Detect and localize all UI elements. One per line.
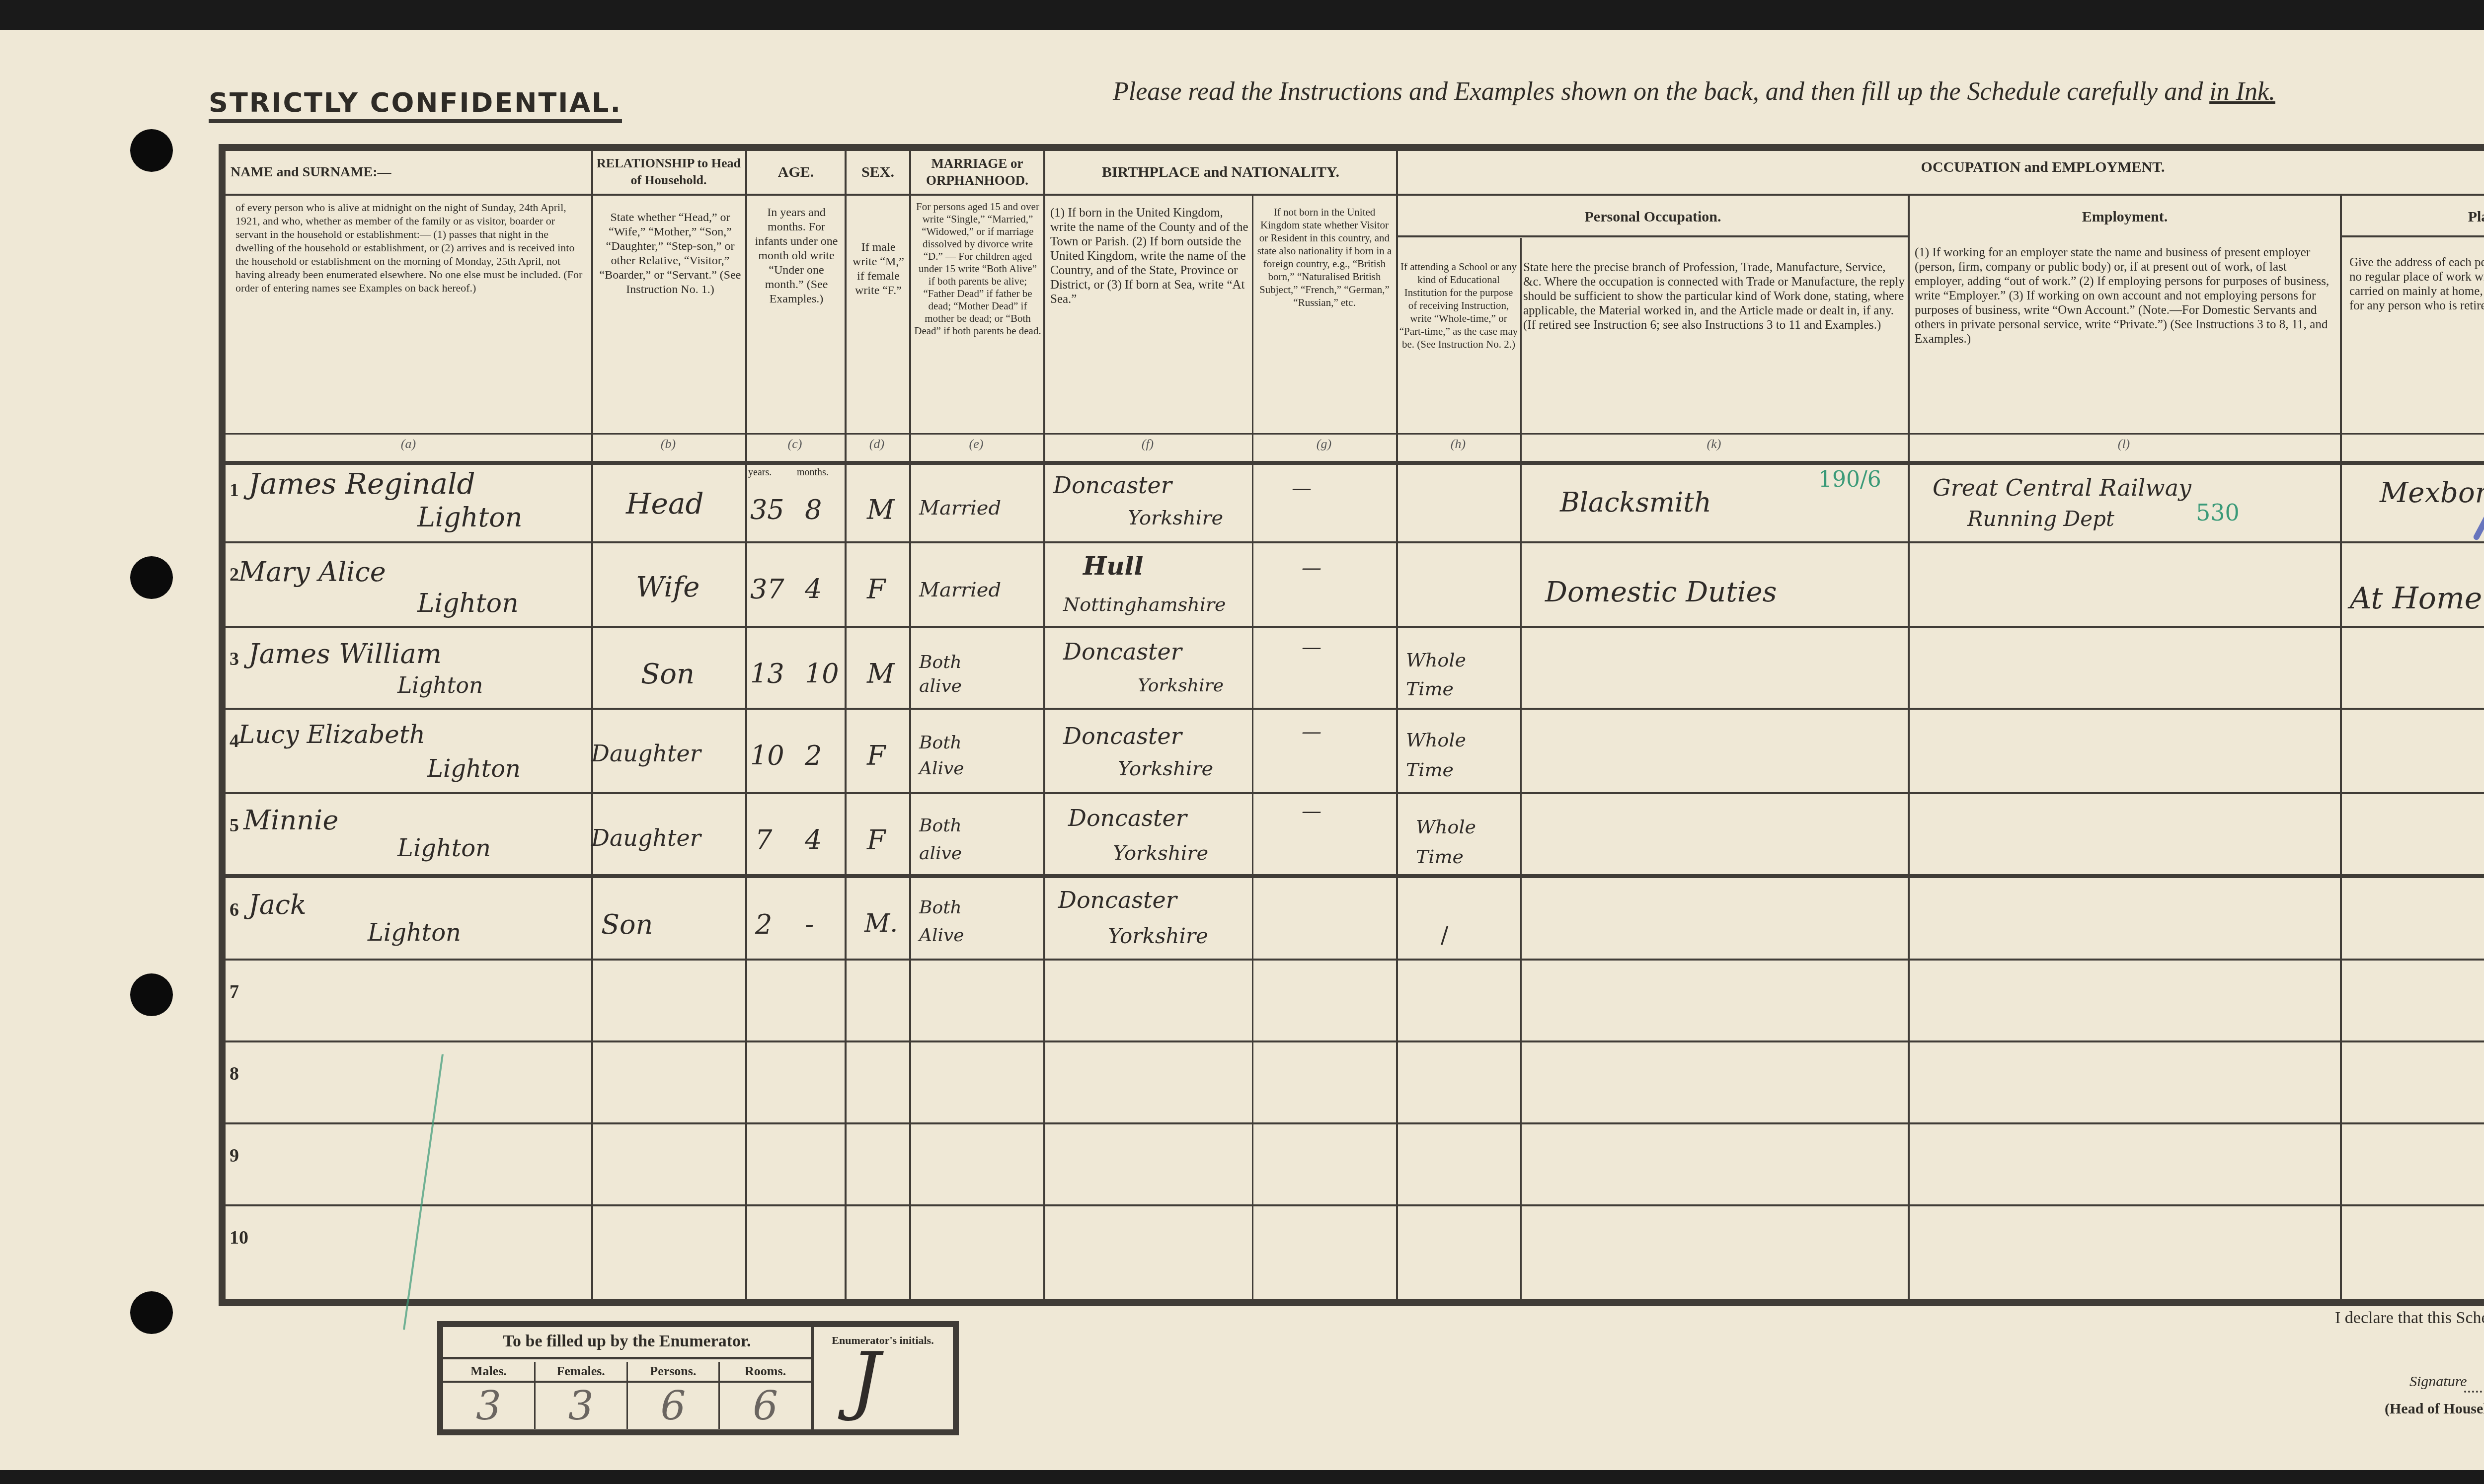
- header-occupation-group: OCCUPATION and EMPLOYMENT.: [1398, 159, 2484, 176]
- table-rule: [226, 708, 2484, 710]
- column-letter: (m): [2340, 437, 2484, 451]
- given-names: Jack: [248, 889, 307, 920]
- birth-town: Doncaster: [1063, 723, 1182, 749]
- instructions-name: of every person who is alive at midnight…: [235, 201, 583, 295]
- signature-line: [2464, 1391, 2484, 1393]
- employer-code: 530: [2196, 499, 2240, 526]
- table-rule: [226, 1204, 2484, 1206]
- given-names: Minnie: [243, 805, 338, 836]
- table-rule: [226, 194, 1043, 196]
- header-marriage: MARRIAGE or ORPHANHOOD.: [911, 155, 1043, 189]
- sex: F: [867, 824, 885, 856]
- table-rule: [226, 461, 2484, 465]
- column-letter: (h): [1396, 437, 1520, 451]
- table-rule: [745, 151, 747, 1299]
- row-number: 2: [230, 564, 239, 586]
- column-letter: (l): [1908, 437, 2340, 451]
- males-label: Males.: [443, 1362, 534, 1383]
- instructions-relationship: State whether “Head,” or “Wife,” “Mother…: [598, 211, 742, 297]
- marriage-status: Married: [919, 497, 1001, 519]
- instructions-sex: If male write “M,” if female write “F.”: [850, 240, 907, 298]
- age-years: 13: [750, 658, 784, 689]
- education-status: Whole Time: [1406, 646, 1475, 703]
- rooms-count: 6: [720, 1383, 811, 1429]
- age-months: 8: [805, 494, 822, 525]
- surname: Lighton: [397, 834, 491, 862]
- females-label: Females.: [536, 1362, 626, 1383]
- punch-hole: [130, 973, 173, 1016]
- signature-note: (Head of Household, Manager of Establish…: [2385, 1401, 2484, 1417]
- column-letter: (b): [591, 437, 745, 451]
- age-years: 2: [755, 909, 772, 940]
- relationship: Head: [626, 487, 704, 520]
- signature-label: Signature: [2409, 1373, 2467, 1390]
- birth-town: Doncaster: [1058, 887, 1177, 913]
- column-letter: (f): [1043, 437, 1252, 451]
- punch-hole: [130, 1291, 173, 1334]
- initials-label: Enumerator's initials.: [816, 1334, 950, 1347]
- employer: Great Central Railway: [1933, 474, 2191, 501]
- header-sex: SEX.: [847, 164, 909, 181]
- table-rule: [1396, 194, 2484, 196]
- table-rule: [226, 874, 2484, 878]
- education-status: /: [1441, 921, 1449, 948]
- table-rule: [1396, 151, 1398, 1299]
- table-rule: [2340, 196, 2342, 1299]
- instructions-occupation: State here the precise branch of Profess…: [1523, 260, 1906, 332]
- header-personal-occupation: Personal Occupation.: [1398, 209, 1908, 225]
- surname: Lighton: [427, 755, 521, 783]
- initials-value: J: [851, 1337, 880, 1423]
- birth-county: Yorkshire: [1138, 675, 1224, 696]
- age-months: 4: [805, 574, 822, 605]
- birth-county: Yorkshire: [1128, 507, 1223, 529]
- table-rule: [909, 151, 911, 1299]
- age-months: 2: [805, 740, 822, 771]
- table-rule: [226, 626, 2484, 628]
- occupation-code: 190/6: [1818, 467, 1881, 492]
- sex: M: [867, 658, 894, 689]
- nationality: —: [1302, 800, 1321, 822]
- relationship: Son: [641, 658, 695, 690]
- table-rule: [591, 151, 593, 1299]
- occupation: Blacksmith: [1560, 487, 1711, 518]
- marriage-status: Both Alive: [919, 730, 994, 782]
- place-of-work: Mexboro: [2380, 477, 2484, 509]
- table-rule: [226, 792, 2484, 794]
- age-months: 4: [805, 824, 822, 856]
- header-place-of-work: Place of Work.: [2342, 209, 2484, 225]
- table-rule: [1908, 196, 1910, 1299]
- confidential-label: STRICTLY CONFIDENTIAL.: [209, 87, 622, 123]
- age-years: 10: [750, 740, 784, 771]
- row-number: 10: [230, 1227, 248, 1249]
- employer-department: Running Dept: [1967, 507, 2114, 531]
- surname: Lighton: [417, 502, 522, 533]
- nationality: —: [1302, 556, 1321, 579]
- sex: M.: [864, 909, 898, 938]
- age-months-label: months.: [797, 467, 829, 478]
- declaration-text: I declare that this Schedule is correctl…: [2335, 1309, 2484, 1328]
- sex: M: [867, 494, 894, 525]
- given-names: Mary Alice: [238, 556, 386, 588]
- education-status: Whole Time: [1416, 812, 1485, 872]
- birth-county: Nottinghamshire: [1063, 594, 1226, 615]
- education-status: Whole Time: [1406, 725, 1475, 785]
- table-rule: [1043, 151, 1045, 1299]
- punch-hole: [130, 129, 173, 172]
- age-years-label: years.: [748, 467, 772, 478]
- birth-county: Yorkshire: [1113, 842, 1208, 865]
- marriage-status: Both Alive: [919, 894, 994, 950]
- instructions-birthplace: (1) If born in the United Kingdom, write…: [1050, 206, 1249, 306]
- table-rule: [1520, 238, 1522, 1299]
- table-rule: [1396, 235, 1908, 237]
- enumerator-counts: Males. 3 Females. 3 Persons. 6 Rooms. 6: [443, 1362, 811, 1429]
- relationship: Daughter: [591, 740, 701, 767]
- nationality: —: [1302, 720, 1321, 743]
- birth-county: Yorkshire: [1108, 924, 1208, 948]
- header-birthplace: BIRTHPLACE and NATIONALITY.: [1045, 164, 1396, 181]
- census-table: NAME and SURNAME:— of every person who i…: [219, 144, 2484, 1306]
- column-letter: (d): [845, 437, 909, 451]
- occupation: Domestic Duties: [1545, 576, 1777, 608]
- instructions-employment: (1) If working for an employer state the…: [1915, 245, 2335, 346]
- nationality: —: [1292, 477, 1312, 500]
- surname: Lighton: [417, 589, 519, 618]
- relationship: Son: [601, 909, 653, 940]
- age-years: 37: [750, 574, 784, 605]
- row-number: 1: [230, 479, 239, 501]
- nationality: —: [1302, 636, 1321, 659]
- birth-town: Doncaster: [1063, 638, 1182, 665]
- instructions-marriage: For persons aged 15 and over write “Sing…: [914, 201, 1041, 337]
- age-years: 7: [755, 824, 772, 856]
- row-number: 4: [230, 730, 239, 752]
- header-age: AGE.: [747, 164, 845, 181]
- row-number: 9: [230, 1145, 239, 1167]
- table-rule: [226, 1040, 2484, 1042]
- row-number: 6: [230, 899, 239, 921]
- instructions-education: If attending a School or any kind of Edu…: [1399, 260, 1518, 351]
- place-of-work: At Home.: [2350, 581, 2484, 616]
- given-names: James William: [248, 638, 442, 669]
- age-months: 10: [805, 658, 839, 689]
- given-names: James Reginald: [248, 467, 475, 501]
- enumerator-box: To be filled up by the Enumerator. Enume…: [437, 1321, 959, 1435]
- table-rule: [226, 541, 2484, 543]
- age-years: 35: [750, 494, 784, 525]
- row-number: 5: [230, 815, 239, 836]
- row-number: 8: [230, 1063, 239, 1085]
- marriage-status: Both alive: [919, 651, 994, 698]
- surname: Lighton: [397, 673, 483, 698]
- instructions-nationality: If not born in the United Kingdom state …: [1255, 206, 1394, 309]
- table-rule: [226, 433, 2484, 435]
- relationship: Daughter: [591, 824, 701, 851]
- birth-town: Doncaster: [1068, 805, 1187, 831]
- females-count: 3: [536, 1383, 626, 1429]
- rooms-label: Rooms.: [720, 1362, 811, 1383]
- birth-town: Doncaster: [1053, 472, 1172, 499]
- table-rule: [226, 1122, 2484, 1124]
- table-rule: [226, 959, 2484, 961]
- persons-label: Persons.: [628, 1362, 719, 1383]
- age-months: -: [805, 909, 814, 940]
- instruction-line: Please read the Instructions and Example…: [1113, 77, 2275, 106]
- header-name: NAME and SURNAME:—: [231, 164, 588, 181]
- table-rule: [845, 151, 847, 1299]
- column-letter: (a): [226, 437, 591, 451]
- marriage-status: Both alive: [919, 812, 994, 868]
- relationship: Wife: [636, 571, 699, 603]
- instruction-text: Please read the Instructions and Example…: [1113, 77, 2203, 106]
- column-letter: (c): [745, 437, 845, 451]
- column-letter: (e): [909, 437, 1043, 451]
- sex: F: [867, 574, 885, 605]
- instructions-age: In years and months. For infants under o…: [750, 206, 843, 306]
- table-rule: [1043, 194, 1396, 196]
- birth-county: Yorkshire: [1118, 757, 1213, 780]
- persons-count: 6: [628, 1383, 719, 1429]
- birth-town: Hull: [1083, 551, 1144, 581]
- row-number: 3: [230, 648, 239, 670]
- census-schedule-page: STRICTLY CONFIDENTIAL. Please read the I…: [0, 30, 2484, 1470]
- marriage-status: Married: [919, 579, 1001, 601]
- column-letter: (k): [1520, 437, 1908, 451]
- punch-hole: [130, 556, 173, 599]
- instruction-emphasis: in Ink.: [2209, 77, 2275, 106]
- header-relationship: RELATIONSHIP to Head of Household.: [593, 155, 744, 189]
- instructions-place-of-work: Give the address of each person's place …: [2349, 255, 2484, 313]
- table-rule: [2340, 235, 2484, 237]
- table-rule: [1252, 196, 1253, 1299]
- header-employment: Employment.: [1910, 209, 2340, 225]
- surname: Lighton: [368, 919, 461, 947]
- sex: F: [867, 740, 885, 771]
- column-letter: (g): [1252, 437, 1396, 451]
- given-names: Lucy Elizabeth: [238, 720, 425, 749]
- row-number: 7: [230, 981, 239, 1003]
- enumerator-box-title: To be filled up by the Enumerator.: [443, 1332, 811, 1351]
- males-count: 3: [443, 1383, 534, 1429]
